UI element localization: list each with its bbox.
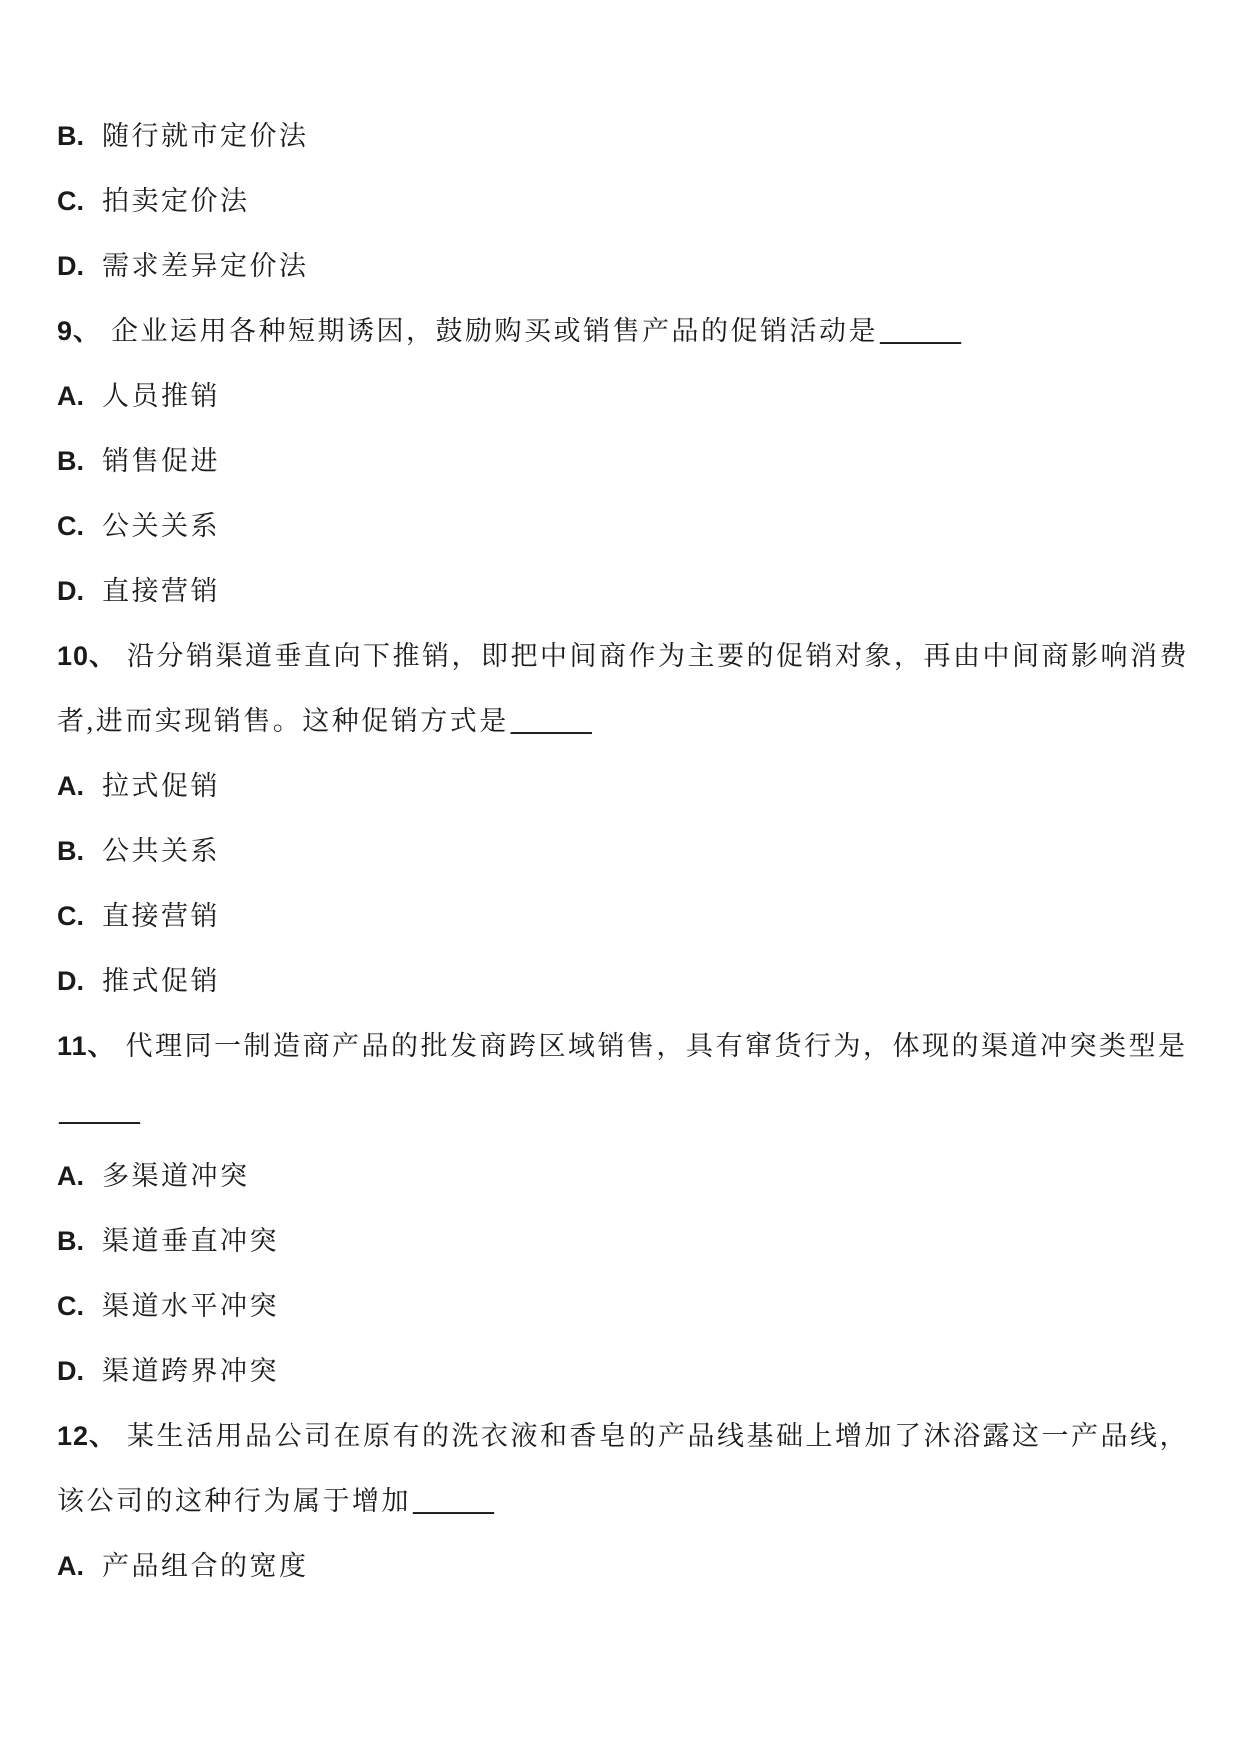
blank-underline: ______ <box>511 706 592 736</box>
option-label: C. <box>57 1291 84 1321</box>
option-text: 直接营销 <box>102 576 220 606</box>
option-label: C. <box>57 511 84 541</box>
option-row: B.销售促进 <box>57 446 1190 476</box>
option-text: 推式促销 <box>102 966 220 996</box>
option-label: C. <box>57 186 84 216</box>
question-number: 11、 <box>57 1031 116 1061</box>
option-row: C.拍卖定价法 <box>57 186 1190 216</box>
blank-underline: ______ <box>880 316 961 346</box>
option-text: 人员推销 <box>102 381 220 411</box>
option-row: C.公关关系 <box>57 511 1190 541</box>
option-label: A. <box>57 771 84 801</box>
stem-text: 该公司的这种行为属于增加 <box>57 1486 411 1516</box>
question-stem: 9、企业运用各种短期诱因，鼓励购买或销售产品的促销活动是______ <box>57 316 1190 346</box>
option-text: 需求差异定价法 <box>102 251 309 281</box>
option-text: 随行就市定价法 <box>102 121 309 151</box>
option-row: A.产品组合的宽度 <box>57 1551 1190 1581</box>
stem-text: 某生活用品公司在原有的洗衣液和香皂的产品线基础上增加了沐浴露这一产品线， <box>127 1421 1189 1451</box>
document-page: B.随行就市定价法 C.拍卖定价法 D.需求差异定价法 9、企业运用各种短期诱因… <box>0 0 1240 1754</box>
question-number: 10、 <box>57 641 117 671</box>
stem-text: 企业运用各种短期诱因，鼓励购买或销售产品的促销活动是 <box>111 316 878 346</box>
option-label: B. <box>57 446 84 476</box>
option-row: A.人员推销 <box>57 381 1190 411</box>
question-stem-continued: ______ <box>57 1096 1190 1126</box>
option-row: C.直接营销 <box>57 901 1190 931</box>
question-11: 11、代理同一制造商产品的批发商跨区域销售，具有窜货行为，体现的渠道冲突类型是 … <box>57 1031 1190 1386</box>
question-stem-continued: 者,进而实现销售。这种促销方式是______ <box>57 706 1190 736</box>
question-10: 10、沿分销渠道垂直向下推销，即把中间商作为主要的促销对象，再由中间商影响消费 … <box>57 641 1190 996</box>
option-text: 渠道垂直冲突 <box>102 1226 279 1256</box>
blank-underline: ______ <box>59 1096 140 1126</box>
option-text: 拉式促销 <box>102 771 220 801</box>
question-stem: 11、代理同一制造商产品的批发商跨区域销售，具有窜货行为，体现的渠道冲突类型是 <box>57 1031 1190 1061</box>
option-label: D. <box>57 966 84 996</box>
option-label: A. <box>57 1161 84 1191</box>
question-stem: 10、沿分销渠道垂直向下推销，即把中间商作为主要的促销对象，再由中间商影响消费 <box>57 641 1190 671</box>
option-text: 直接营销 <box>102 901 220 931</box>
stem-text: 沿分销渠道垂直向下推销，即把中间商作为主要的促销对象，再由中间商影响消费 <box>127 641 1189 671</box>
option-text: 公关关系 <box>102 511 220 541</box>
question-stem: 12、某生活用品公司在原有的洗衣液和香皂的产品线基础上增加了沐浴露这一产品线， <box>57 1421 1190 1451</box>
stem-text: 者,进而实现销售。这种促销方式是 <box>57 706 509 736</box>
option-row: B.渠道垂直冲突 <box>57 1226 1190 1256</box>
question-8-options: B.随行就市定价法 C.拍卖定价法 D.需求差异定价法 <box>57 121 1190 281</box>
stem-text: 代理同一制造商产品的批发商跨区域销售，具有窜货行为，体现的渠道冲突类型是 <box>126 1031 1188 1061</box>
option-row: B.公共关系 <box>57 836 1190 866</box>
option-text: 拍卖定价法 <box>102 186 250 216</box>
question-12: 12、某生活用品公司在原有的洗衣液和香皂的产品线基础上增加了沐浴露这一产品线， … <box>57 1421 1190 1581</box>
option-label: B. <box>57 121 84 151</box>
option-text: 渠道水平冲突 <box>102 1291 279 1321</box>
option-label: B. <box>57 1226 84 1256</box>
option-text: 渠道跨界冲突 <box>102 1356 279 1386</box>
option-text: 产品组合的宽度 <box>102 1551 309 1581</box>
blank-underline: ______ <box>413 1486 494 1516</box>
option-row: B.随行就市定价法 <box>57 121 1190 151</box>
option-label: A. <box>57 1551 84 1581</box>
option-text: 销售促进 <box>102 446 220 476</box>
option-label: D. <box>57 251 84 281</box>
option-row: D.直接营销 <box>57 576 1190 606</box>
question-number: 12、 <box>57 1421 117 1451</box>
option-row: D.需求差异定价法 <box>57 251 1190 281</box>
option-label: D. <box>57 1356 84 1386</box>
option-label: C. <box>57 901 84 931</box>
question-number: 9、 <box>57 316 101 346</box>
option-text: 公共关系 <box>102 836 220 866</box>
option-label: A. <box>57 381 84 411</box>
option-row: A.多渠道冲突 <box>57 1161 1190 1191</box>
option-row: A.拉式促销 <box>57 771 1190 801</box>
option-label: D. <box>57 576 84 606</box>
question-9: 9、企业运用各种短期诱因，鼓励购买或销售产品的促销活动是______ A.人员推… <box>57 316 1190 606</box>
option-row: D.渠道跨界冲突 <box>57 1356 1190 1386</box>
option-text: 多渠道冲突 <box>102 1161 250 1191</box>
option-row: C.渠道水平冲突 <box>57 1291 1190 1321</box>
option-label: B. <box>57 836 84 866</box>
question-stem-continued: 该公司的这种行为属于增加______ <box>57 1486 1190 1516</box>
option-row: D.推式促销 <box>57 966 1190 996</box>
